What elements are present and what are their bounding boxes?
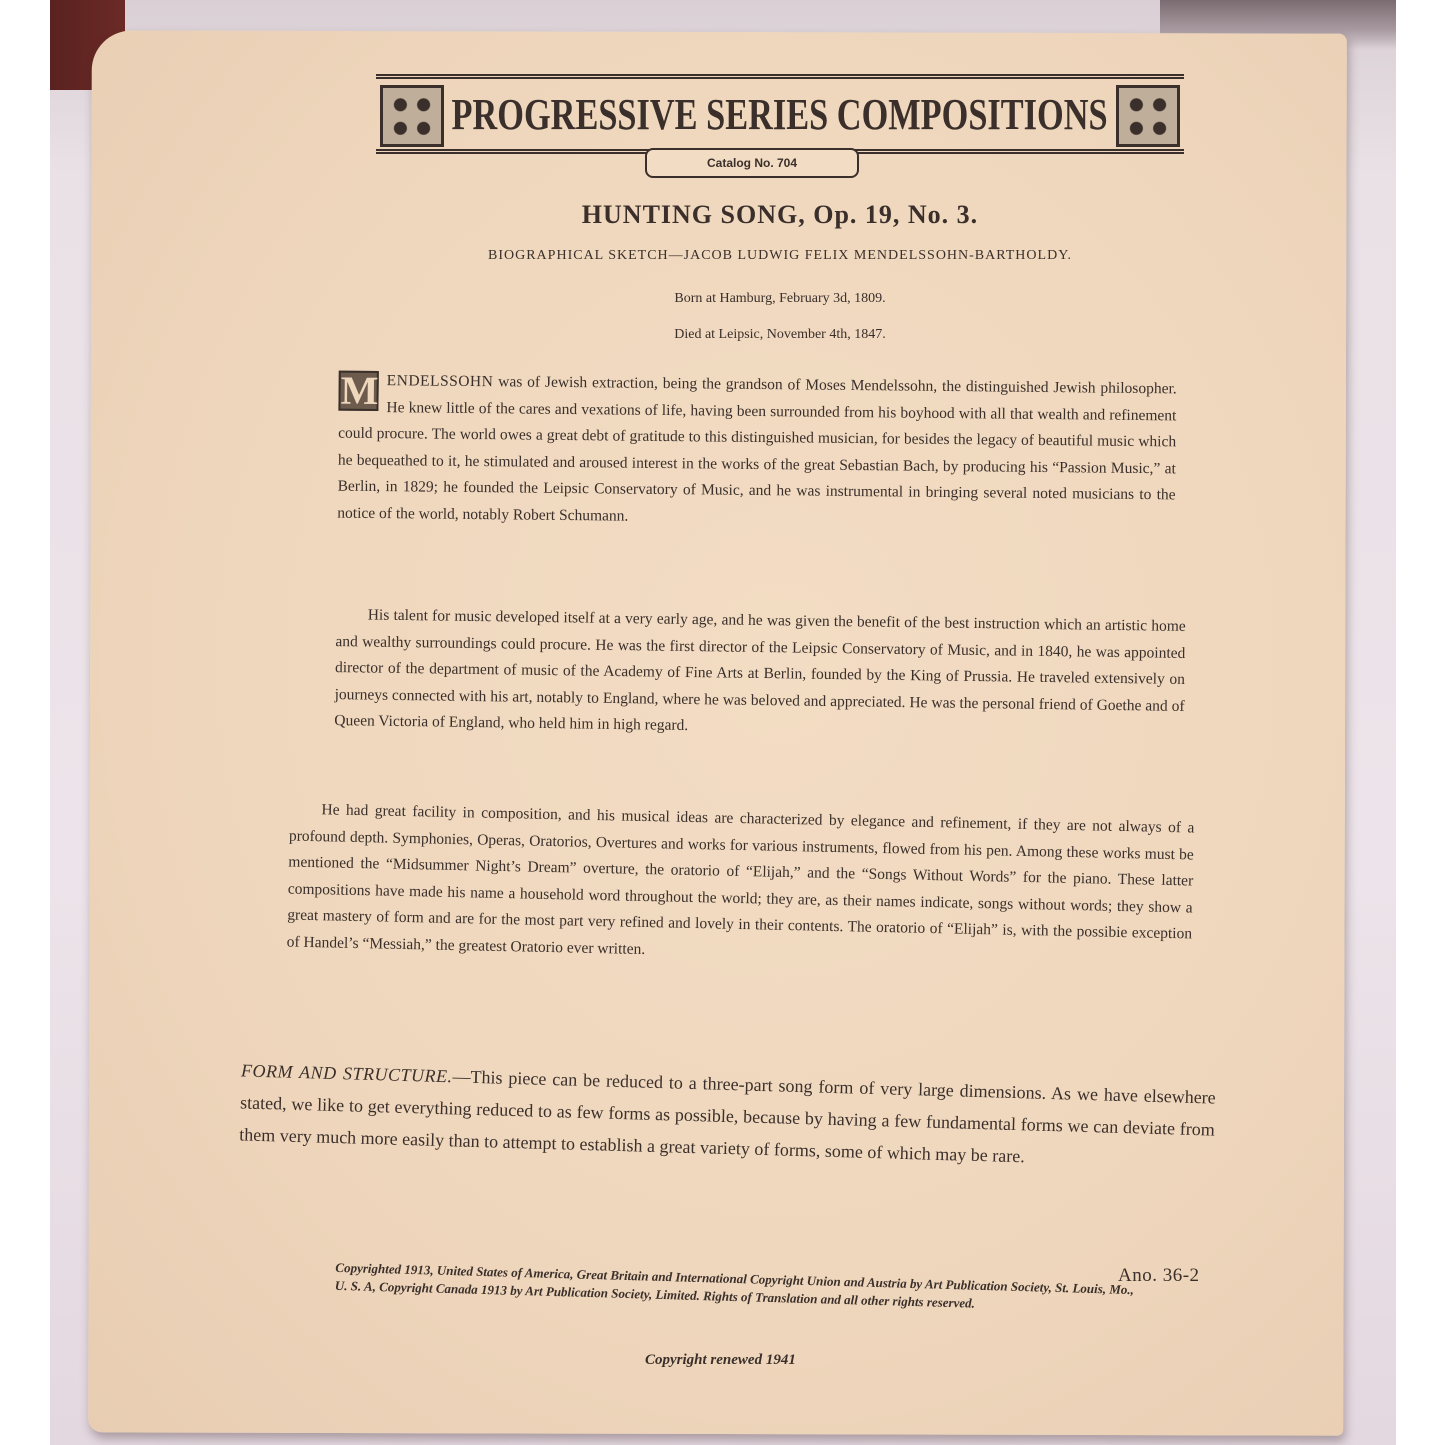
ornament-icon <box>1116 85 1180 147</box>
biography-subtitle: BIOGRAPHICAL SKETCH—JACOB LUDWIG FELIX M… <box>300 248 1260 264</box>
paragraph-2: His talent for music developed itself at… <box>334 602 1186 746</box>
piece-title: HUNTING SONG, Op. 19, No. 3. <box>300 200 1260 230</box>
birth-info: Born at Hamburg, February 3d, 1809. <box>300 291 1260 307</box>
copyright-renewed: Copyright renewed 1941 <box>645 1352 796 1369</box>
paragraph-text: was of Jewish extraction, being the gran… <box>337 373 1177 524</box>
catalog-number: Catalog No. 704 <box>645 148 859 178</box>
paragraph-3: He had great facility in composition, an… <box>286 797 1194 975</box>
death-info: Died at Leipsic, November 4th, 1847. <box>300 327 1260 343</box>
section-heading: FORM AND STRUCTURE. <box>241 1060 453 1086</box>
series-title: PROGRESSIVE SERIES COMPOSITIONS <box>452 89 1108 140</box>
lead-word: ENDELSSOHN <box>387 372 494 390</box>
ornament-icon <box>380 85 444 147</box>
drop-cap: M <box>338 371 378 411</box>
paragraph-1: MENDELSSOHN was of Jewish extraction, be… <box>337 368 1177 536</box>
series-banner: PROGRESSIVE SERIES COMPOSITIONS <box>376 74 1184 154</box>
